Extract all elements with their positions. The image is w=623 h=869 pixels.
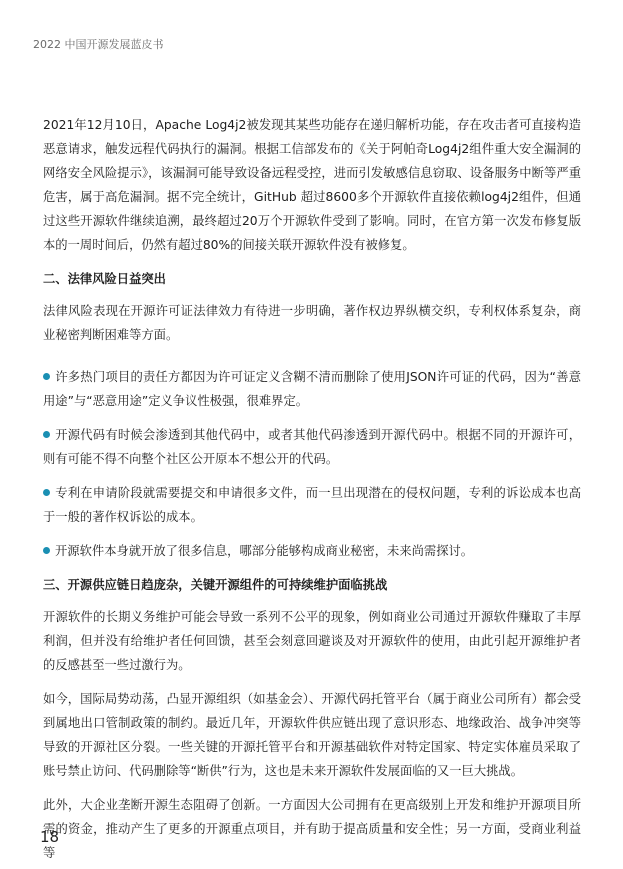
bullet-item: 开源代码有时候会渗透到其他代码中，或者其他代码渗透到开源代码中。根据不同的开源许… [43,423,581,471]
bullet-item: 许多热门项目的责任方都因为许可证定义含糊不清而删除了使用JSON许可证的代码，因… [43,365,581,413]
running-header: 2022 中国开源发展蓝皮书 [33,36,164,52]
intro-paragraph: 2021年12月10日，Apache Log4j2被发现其某些功能存在递归解析功… [43,113,581,257]
bullet-item: 开源软件本身就开放了很多信息，哪部分能够构成商业秘密，未来尚需探讨。 [43,539,581,563]
bullet-item: 专利在申请阶段就需要提交和申请很多文件，而一旦出现潜在的侵权问题，专利的诉讼成本… [43,481,581,529]
legal-risk-paragraph: 法律风险表现在开源许可证法律效力有待进一步明确，著作权边界纵横交织，专利权体系复… [43,299,581,347]
bullet-dot-icon [43,431,50,438]
page-number: 18 [40,828,59,846]
bullet-dot-icon [43,489,50,496]
section-heading-supply-chain: 三、开源供应链日趋庞杂，关键开源组件的可持续维护面临挑战 [43,573,581,597]
bullet-dot-icon [43,547,50,554]
bullet-dot-icon [43,373,50,380]
geopolitics-paragraph: 如今，国际局势动荡，凸显开源组织（如基金会）、开源代码托管平台（属于商业公司所有… [43,687,581,783]
monopoly-paragraph: 此外，大企业垄断开源生态阻碍了创新。一方面因大公司拥有在更高级别上开发和维护开源… [43,793,581,865]
supply-chain-paragraph: 开源软件的长期义务维护可能会导致一系列不公平的现象，例如商业公司通过开源软件赚取… [43,605,581,677]
section-heading-legal-risk: 二、法律风险日益突出 [43,267,581,291]
page-body: 2021年12月10日，Apache Log4j2被发现其某些功能存在递归解析功… [43,113,581,869]
